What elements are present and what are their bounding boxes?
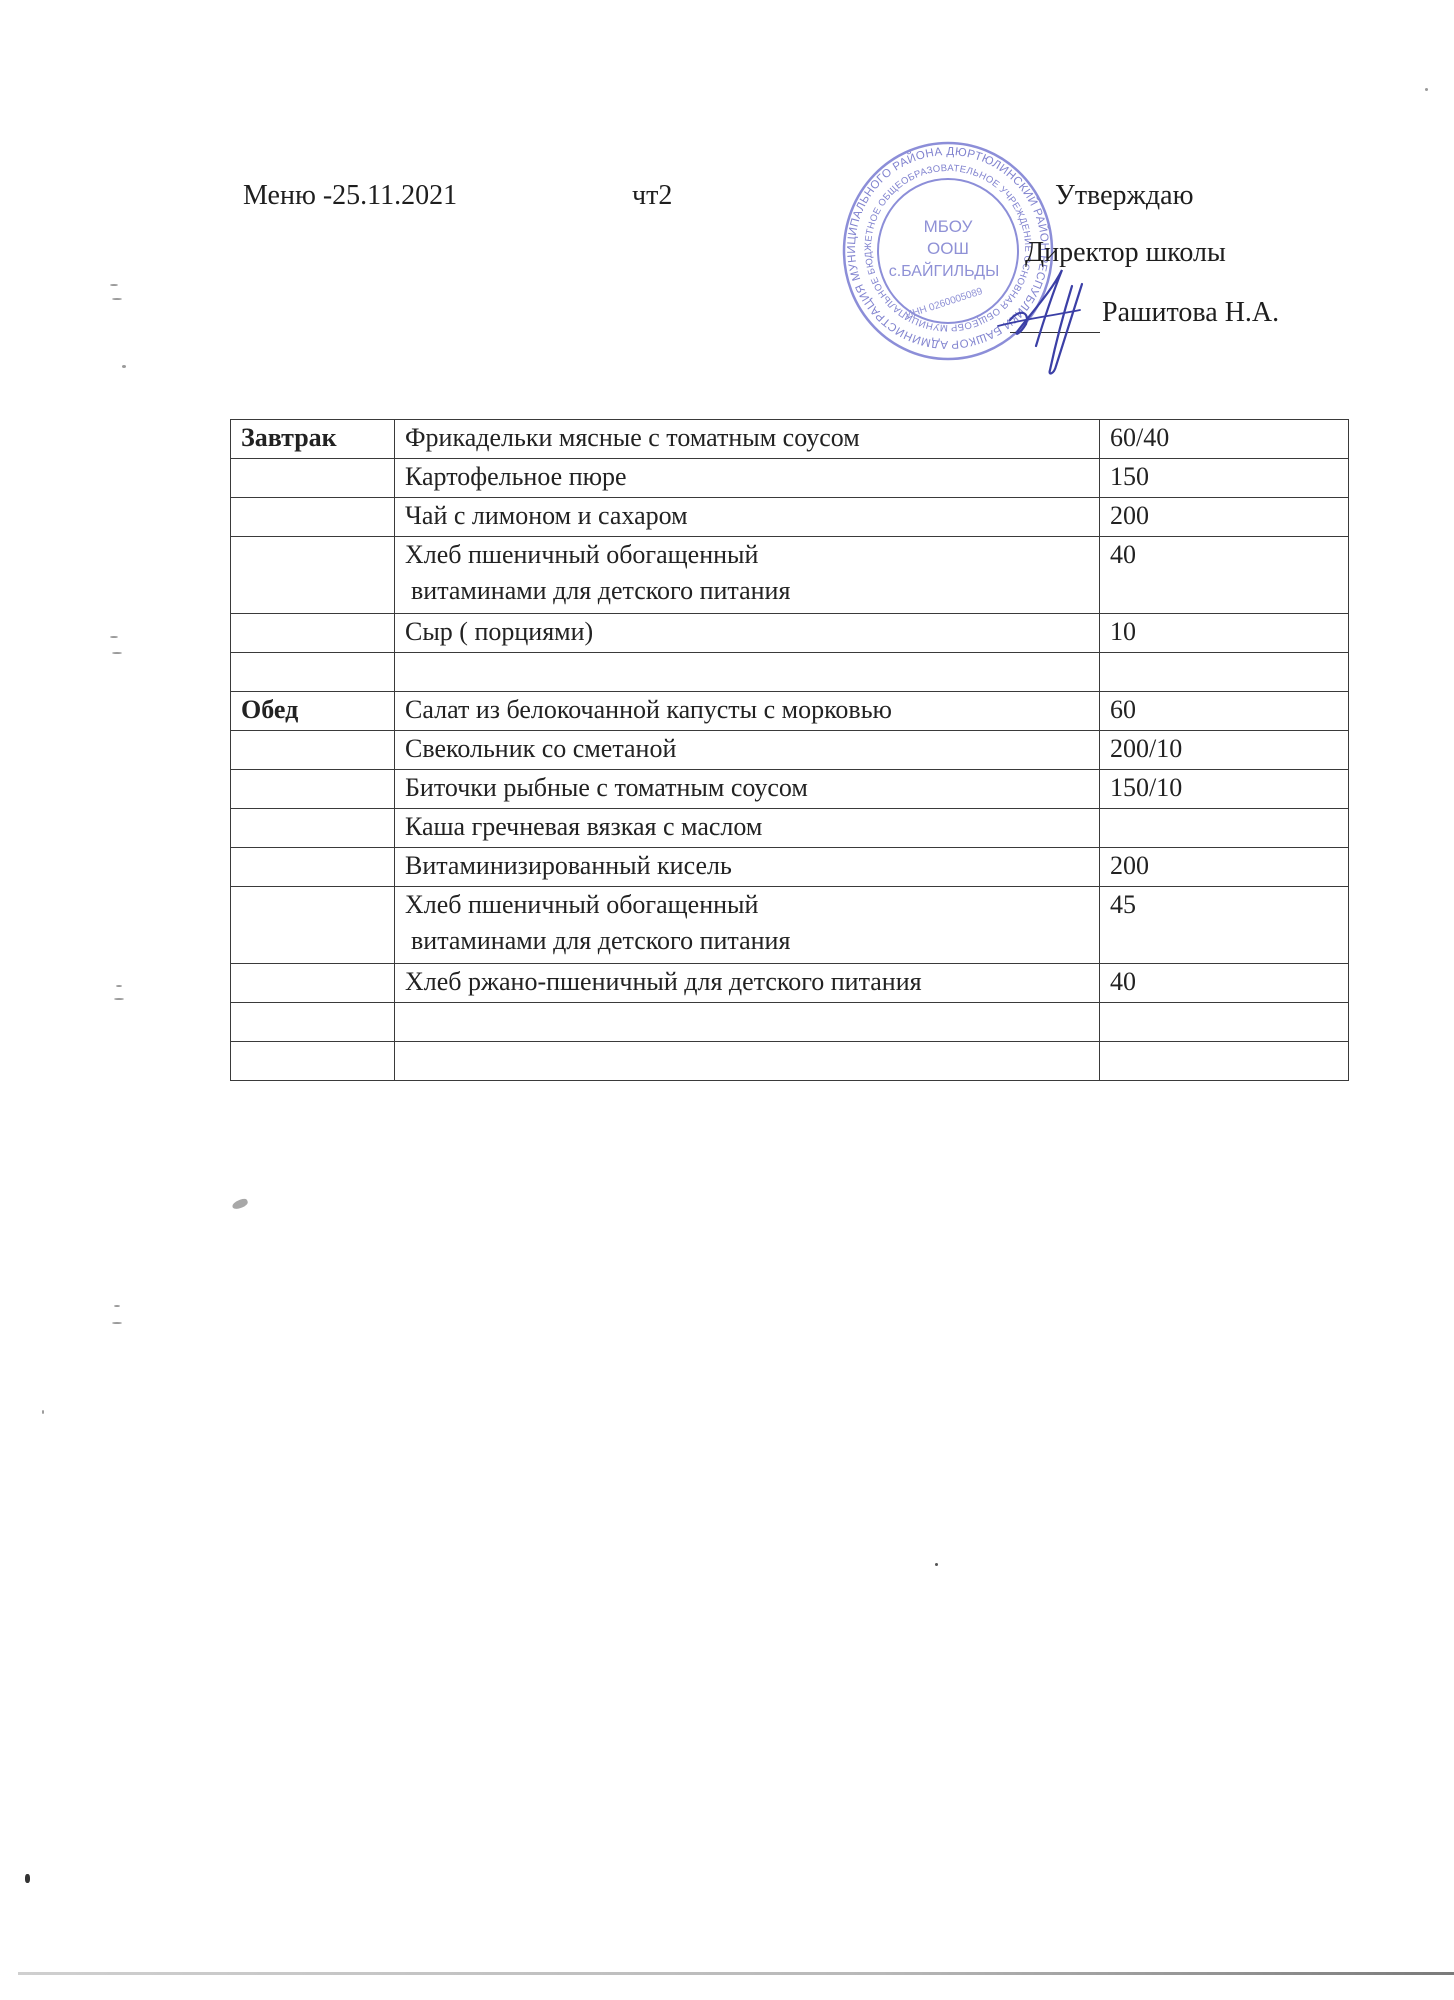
dish-cell <box>395 1003 1100 1042</box>
scan-speck <box>114 998 124 1000</box>
meal-cell <box>231 964 395 1003</box>
scan-speck <box>25 1874 30 1883</box>
meal-cell <box>231 770 395 809</box>
portion-cell <box>1100 1042 1349 1081</box>
meal-cell <box>231 1003 395 1042</box>
meal-cell <box>231 1042 395 1081</box>
stamp-line-1: МБОУ <box>924 217 973 236</box>
portion-cell: 150 <box>1100 459 1349 498</box>
dish-cell: Сыр ( порциями) <box>395 614 1100 653</box>
meal-cell <box>231 848 395 887</box>
portion-cell: 200 <box>1100 498 1349 537</box>
portion-cell: 40 <box>1100 537 1349 614</box>
meal-cell <box>231 537 395 614</box>
menu-row: Чай с лимоном и сахаром200 <box>231 498 1349 537</box>
dish-name: Картофельное пюре <box>405 462 627 491</box>
dish-cell <box>395 653 1100 692</box>
menu-row: Свекольник со сметаной200/10 <box>231 731 1349 770</box>
dish-cell: Свекольник со сметаной <box>395 731 1100 770</box>
menu-row: Каша гречневая вязкая с маслом <box>231 809 1349 848</box>
scan-speck <box>116 985 122 987</box>
meal-cell: Обед <box>231 692 395 731</box>
portion-cell: 200 <box>1100 848 1349 887</box>
dish-cell: Хлеб пшеничный обогащенныйвитаминами для… <box>395 887 1100 964</box>
portion-cell: 10 <box>1100 614 1349 653</box>
meal-cell <box>231 809 395 848</box>
meal-cell <box>231 498 395 537</box>
dish-name: Чай с лимоном и сахаром <box>405 501 688 530</box>
menu-row: Хлеб ржано-пшеничный для детского питани… <box>231 964 1349 1003</box>
stamp-line-3: с.БАЙГИЛЬДЫ <box>889 261 1000 280</box>
scan-edge-line <box>18 1972 1454 1975</box>
day-code: чт2 <box>632 180 672 212</box>
menu-row: Биточки рыбные с томатным соусом150/10 <box>231 770 1349 809</box>
portion-cell: 200/10 <box>1100 731 1349 770</box>
stamp-inn: ИНН 0260005089 <box>904 286 984 321</box>
dish-name-continued: витаминами для детского питания <box>405 573 1089 609</box>
dish-name: Каша гречневая вязкая с маслом <box>405 812 762 841</box>
signature-icon <box>990 250 1100 380</box>
scan-speck <box>1425 88 1428 91</box>
dish-cell: Картофельное пюре <box>395 459 1100 498</box>
scan-speck <box>112 1322 122 1324</box>
scan-speck <box>112 652 122 654</box>
portion-cell <box>1100 809 1349 848</box>
menu-row: Хлеб пшеничный обогащенныйвитаминами для… <box>231 887 1349 964</box>
approval-label: Утверждаю <box>1055 180 1193 212</box>
portion-cell: 45 <box>1100 887 1349 964</box>
meal-cell <box>231 653 395 692</box>
scan-speck <box>122 365 126 368</box>
dish-cell: Хлеб пшеничный обогащенныйвитаминами для… <box>395 537 1100 614</box>
portion-cell <box>1100 653 1349 692</box>
menu-table: ЗавтракФрикадельки мясные с томатным соу… <box>230 419 1349 1081</box>
scan-speck <box>112 298 122 300</box>
menu-title: Меню -25.11.2021 <box>243 180 457 212</box>
dish-cell <box>395 1042 1100 1081</box>
meal-cell <box>231 614 395 653</box>
menu-row: Хлеб пшеничный обогащенныйвитаминами для… <box>231 537 1349 614</box>
scan-speck <box>231 1198 249 1211</box>
menu-row: ОбедСалат из белокочанной капусты с морк… <box>231 692 1349 731</box>
dish-name-continued: витаминами для детского питания <box>405 923 1089 959</box>
menu-row <box>231 1003 1349 1042</box>
meal-cell <box>231 731 395 770</box>
approver-name: Рашитова Н.А. <box>1102 297 1279 329</box>
portion-cell: 150/10 <box>1100 770 1349 809</box>
meal-cell: Завтрак <box>231 420 395 459</box>
meal-cell <box>231 459 395 498</box>
dish-cell: Хлеб ржано-пшеничный для детского питани… <box>395 964 1100 1003</box>
menu-row: Картофельное пюре150 <box>231 459 1349 498</box>
dish-name: Салат из белокочанной капусты с морковью <box>405 695 892 724</box>
dish-name: Фрикадельки мясные с томатным соусом <box>405 423 860 452</box>
scan-speck <box>42 1410 44 1414</box>
scan-speck <box>110 284 118 286</box>
menu-row: ЗавтракФрикадельки мясные с томатным соу… <box>231 420 1349 459</box>
meal-cell <box>231 887 395 964</box>
dish-name: Сыр ( порциями) <box>405 617 593 646</box>
dish-cell: Салат из белокочанной капусты с морковью <box>395 692 1100 731</box>
dish-cell: Витаминизированный кисель <box>395 848 1100 887</box>
dish-name: Хлеб ржано-пшеничный для детского питани… <box>405 967 922 996</box>
menu-row: Сыр ( порциями)10 <box>231 614 1349 653</box>
scan-speck <box>114 1305 120 1307</box>
dish-name: Биточки рыбные с томатным соусом <box>405 773 808 802</box>
scan-speck <box>935 1563 938 1566</box>
portion-cell <box>1100 1003 1349 1042</box>
dish-name: Свекольник со сметаной <box>405 734 676 763</box>
dish-cell: Каша гречневая вязкая с маслом <box>395 809 1100 848</box>
dish-name: Витаминизированный кисель <box>405 851 732 880</box>
portion-cell: 40 <box>1100 964 1349 1003</box>
dish-name: Хлеб пшеничный обогащенный <box>405 540 758 569</box>
portion-cell: 60 <box>1100 692 1349 731</box>
dish-name: Хлеб пшеничный обогащенный <box>405 890 758 919</box>
dish-cell: Фрикадельки мясные с томатным соусом <box>395 420 1100 459</box>
dish-cell: Биточки рыбные с томатным соусом <box>395 770 1100 809</box>
menu-row: Витаминизированный кисель200 <box>231 848 1349 887</box>
menu-row <box>231 1042 1349 1081</box>
dish-cell: Чай с лимоном и сахаром <box>395 498 1100 537</box>
menu-row <box>231 653 1349 692</box>
portion-cell: 60/40 <box>1100 420 1349 459</box>
stamp-line-2: ООШ <box>927 239 969 258</box>
scan-speck <box>110 636 118 638</box>
